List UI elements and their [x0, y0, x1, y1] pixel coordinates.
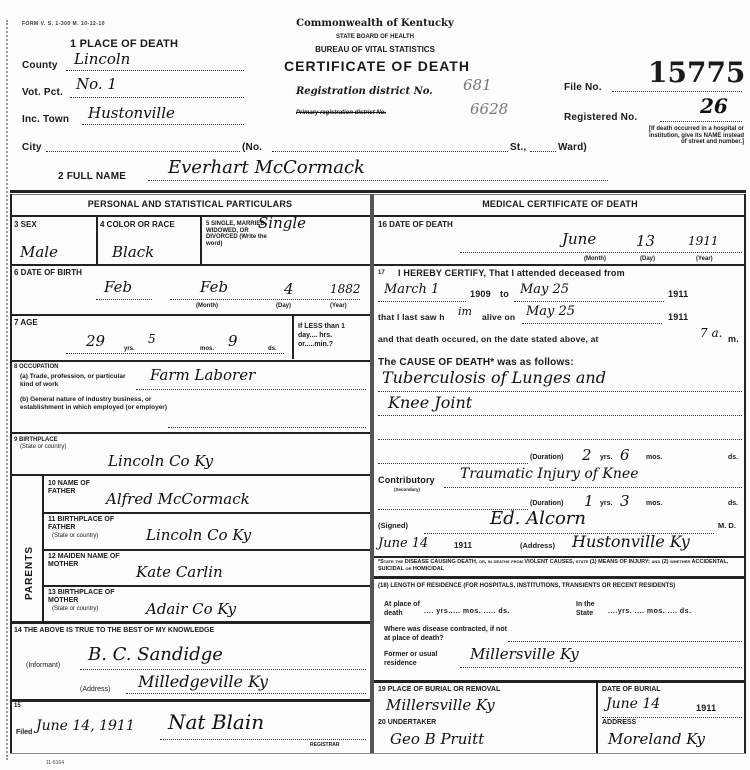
mother-birthplace-label: 13 BIRTHPLACE OF MOTHER — [48, 589, 138, 605]
rule — [374, 215, 746, 217]
age-days: 9 — [228, 332, 238, 350]
st-label: St., — [510, 142, 526, 153]
full-name-label: 2 FULL NAME — [58, 171, 126, 182]
contributory-label: Contributory — [378, 475, 435, 485]
registrar-value: Nat Blain — [168, 710, 264, 734]
scan-edge — [6, 20, 8, 760]
informant-address-value: Milledgeville Ky — [138, 672, 268, 691]
last-saw-date: May 25 — [526, 304, 575, 319]
father-name-label: 10 NAME OF FATHER — [48, 480, 108, 496]
burial-date-label: DATE OF BURIAL — [602, 687, 661, 694]
former-residence-field — [460, 664, 742, 668]
death-occurred-text: and that death occured, on the date stat… — [378, 334, 599, 344]
less-than-label: If LESS than 1 day.... hrs. or.....min.? — [298, 322, 366, 349]
cause-line2: Knee Joint — [388, 393, 472, 412]
occupation-b-label: (b) General nature of industry business,… — [20, 396, 170, 412]
header-divider — [10, 190, 746, 193]
occupation-b-field — [168, 424, 366, 428]
at-place-label: At place of death — [384, 600, 424, 618]
street-no-label: (No. — [242, 142, 262, 153]
age-ds-label: ds. — [268, 346, 277, 353]
rule — [374, 576, 746, 579]
commonwealth-label: Commonwealth of Kentucky — [280, 18, 470, 29]
attended-from-year: 1909 — [470, 289, 491, 299]
full-name-value: Everhart McCormack — [168, 157, 365, 178]
birthplace-value: Lincoln Co Ky — [108, 452, 213, 470]
certify-num: 17 — [378, 270, 385, 277]
cause-line3-field — [378, 436, 742, 440]
in-state-fields: ....yrs. .... mos. .... ds. — [608, 609, 692, 616]
death-certificate: FORM V. S. 1-300 M. 10-12-10 1 PLACE OF … — [0, 0, 750, 770]
burial-date-value: June 14 — [606, 696, 660, 712]
signed-year: 1911 — [454, 541, 472, 550]
sex-value: Male — [20, 243, 58, 261]
signed-value: Ed. Alcorn — [490, 508, 586, 529]
mother-name-label: 12 MAIDEN NAME OF MOTHER — [48, 553, 138, 569]
cause-line2-field — [378, 412, 742, 416]
attended-from-field — [378, 298, 466, 302]
board-label: STATE BOARD OF HEALTH — [280, 34, 470, 41]
hospital-note: [If death occurred in a hospital or inst… — [644, 126, 744, 146]
dod-field — [460, 249, 742, 253]
certificate-title: CERTIFICATE OF DEATH — [262, 58, 492, 74]
last-saw-text: that I last saw h — [378, 312, 445, 322]
form-number: FORM V. S. 1-300 M. 10-12-10 — [22, 21, 105, 27]
signed-address-label: (Address) — [520, 543, 555, 550]
inc-town-field: Hustonville — [82, 110, 244, 125]
in-state-label: In the State — [576, 600, 612, 618]
rule — [10, 432, 370, 434]
occupation-a-value: Farm Laborer — [150, 366, 255, 384]
occupation-a-field — [136, 386, 366, 390]
dob-year-value: 1882 — [330, 282, 361, 296]
right-border — [744, 194, 746, 754]
header-divider-thin — [10, 194, 746, 195]
medical-heading: MEDICAL CERTIFICATE OF DEATH — [376, 199, 744, 209]
father-birthplace-value: Lincoln Co Ky — [146, 526, 251, 544]
certify-text: I HEREBY CERTIFY, That I attended deceas… — [398, 268, 625, 278]
to-label: to — [500, 289, 509, 299]
contrib-mos-label: mos. — [646, 501, 662, 508]
signed-address-value: Hustonville Ky — [572, 532, 690, 551]
place-of-death-label: 1 PLACE OF DEATH — [70, 38, 178, 50]
rule — [292, 315, 294, 359]
registrar-label: REGISTRAR — [310, 742, 339, 749]
file-no-label: File No. — [564, 82, 602, 93]
burial-place-label: 19 PLACE OF BURIAL OR REMOVAL — [378, 687, 500, 694]
rule — [10, 314, 370, 316]
day-caption: (Day) — [276, 303, 291, 310]
ward-label: Ward) — [558, 142, 587, 153]
contributory-value: Traumatic Injury of Knee — [460, 466, 638, 482]
burial-date-field — [602, 714, 742, 718]
rule — [374, 264, 746, 266]
age-yrs-label: yrs. — [124, 346, 135, 353]
city-field — [46, 140, 240, 152]
registration-district-label: Registration district No. — [296, 86, 433, 97]
contrib-yrs-label: yrs. — [600, 501, 612, 508]
mother-birthplace-value: Adair Co Ky — [146, 600, 236, 618]
cause-line1-field — [378, 388, 742, 392]
birthplace-sub: (State or country) — [20, 444, 66, 451]
mother-birthplace-sub: (State or country) — [52, 606, 98, 613]
county-field: Lincoln — [66, 56, 244, 71]
personal-heading: PERSONAL AND STATISTICAL PARTICULARS — [12, 199, 368, 209]
duration-yrs-label: yrs. — [600, 455, 612, 462]
duration-ds-label: ds. — [728, 455, 738, 462]
inc-town-value: Hustonville — [88, 104, 175, 122]
true-statement: 14 THE ABOVE IS TRUE TO THE BEST OF MY K… — [14, 628, 214, 635]
last-saw-year: 1911 — [668, 312, 688, 322]
dod-year: 1911 — [688, 234, 719, 248]
city-label: City — [22, 142, 42, 153]
filed-value: June 14, 1911 — [36, 718, 135, 734]
inc-town-label: Inc. Town — [22, 114, 69, 125]
marital-value: Single — [258, 214, 306, 232]
undertaker-address-label: ADDRESS — [602, 720, 636, 727]
dod-year-caption: (Year) — [696, 256, 713, 263]
footer-code: 11-6164 — [46, 760, 64, 767]
signed-date: June 14 — [378, 536, 428, 551]
attended-to-year: 1911 — [668, 289, 688, 299]
primary-district-label: Primary registration district No. — [296, 110, 386, 117]
age-months: 5 — [148, 332, 156, 346]
father-birthplace-label: 11 BIRTHPLACE OF FATHER — [48, 516, 138, 532]
duration-label: (Duration) — [530, 455, 563, 462]
attended-to: May 25 — [520, 282, 569, 297]
contracted-label: Where was disease contracted, if not at … — [384, 625, 514, 643]
father-name-value: Alfred McCormack — [106, 490, 250, 508]
duration-mos: 6 — [620, 446, 630, 464]
dod-day-caption: (Day) — [640, 256, 655, 263]
year-caption: (Year) — [330, 303, 347, 310]
dob-field-2 — [170, 296, 360, 300]
age-years: 29 — [86, 332, 105, 350]
mother-name-value: Kate Carlin — [136, 563, 223, 581]
attended-from: March 1 — [384, 282, 439, 297]
burial-year: 1911 — [696, 703, 716, 713]
full-name-field: Everhart McCormack — [148, 167, 608, 181]
month-caption: (Month) — [196, 303, 218, 310]
dob-month-value: Feb — [104, 278, 132, 296]
md-label: M. D. — [718, 523, 736, 530]
dob-day-value: 4 — [284, 280, 294, 298]
rule — [10, 621, 370, 624]
registration-district-value: 681 — [463, 76, 492, 94]
contrib-duration-mos: 3 — [620, 492, 630, 510]
occupation-label: 8 OCCUPATION — [14, 364, 58, 371]
rule — [374, 680, 746, 683]
father-birthplace-sub: (State or country) — [52, 533, 98, 540]
registered-no-label: Registered No. — [564, 112, 637, 123]
cause-footnote: *State the DISEASE CAUSING DEATH, or, in… — [378, 559, 740, 573]
vot-pct-field: No. 1 — [70, 83, 244, 98]
cause-label: The CAUSE OF DEATH* was as follows: — [378, 357, 574, 368]
filed-label: Filed — [16, 730, 32, 737]
undertaker-address-value: Moreland Ky — [608, 730, 705, 748]
dob-label: 6 DATE OF BIRTH — [14, 269, 82, 277]
rule — [42, 549, 370, 551]
birthplace-label: 9 BIRTHPLACE — [14, 437, 58, 444]
contributory-sub: (Secondary) — [394, 487, 420, 494]
informant-address-label: (Address) — [80, 687, 110, 694]
dod-month-caption: (Month) — [584, 256, 606, 263]
race-value: Black — [112, 243, 154, 261]
rule — [42, 512, 370, 514]
file-no-value: 15775 — [648, 56, 745, 89]
informant-field — [80, 666, 366, 670]
former-residence-label: Former or usual residence — [384, 650, 454, 668]
registrar-field — [160, 736, 366, 740]
undertaker-value: Geo B Pruitt — [390, 730, 484, 748]
vot-pct-value: No. 1 — [76, 75, 117, 93]
occupation-a-label: (a) Trade, profession, or particular kin… — [20, 373, 140, 389]
burial-place-value: Millersville Ky — [386, 696, 495, 714]
undertaker-label: 20 UNDERTAKER — [378, 720, 436, 727]
rule — [10, 753, 746, 754]
informant-label: (Informant) — [26, 663, 60, 670]
former-residence-value: Millersville Ky — [470, 645, 579, 663]
dod-label: 16 DATE OF DEATH — [378, 221, 453, 229]
rule — [596, 683, 598, 753]
last-saw-field — [522, 320, 662, 324]
parents-label: PARENTS — [24, 510, 35, 600]
file-no-field: 15775 — [612, 78, 742, 92]
rule — [10, 699, 370, 702]
age-label: 7 AGE — [14, 319, 38, 327]
rule — [42, 585, 370, 587]
contributory-field — [444, 484, 742, 488]
at-place-fields: .... yrs..... mos. ..... ds. — [424, 609, 510, 616]
contrib-ds-label: ds. — [728, 501, 738, 508]
duration-yrs: 2 — [582, 446, 592, 464]
residence-label: (18) LENGTH OF RESIDENCE (FOR HOSPITALS,… — [378, 583, 742, 590]
sex-label: 3 SEX — [14, 221, 37, 229]
rule — [10, 360, 370, 362]
signed-label: (Signed) — [378, 523, 408, 530]
county-value: Lincoln — [74, 50, 130, 68]
registered-no-value: 26 — [700, 94, 728, 118]
age-field — [66, 350, 284, 354]
rule — [10, 215, 370, 217]
cause-line1: Tuberculosis of Lunges and — [382, 368, 606, 387]
rule — [374, 556, 746, 558]
race-label: 4 COLOR OR RACE — [100, 221, 175, 229]
bureau-label: BUREAU OF VITAL STATISTICS — [280, 46, 470, 54]
contrib-duration-label: (Duration) — [530, 501, 563, 508]
rule — [10, 474, 370, 476]
attended-to-field — [514, 298, 664, 302]
filed-num: 15 — [14, 703, 21, 710]
rule — [200, 216, 202, 264]
rule — [96, 216, 98, 264]
column-divider — [370, 194, 374, 754]
street-field — [272, 140, 508, 152]
age-mos-label: mos. — [200, 346, 214, 353]
dob-month-repeat: Feb — [200, 278, 228, 296]
alive-on-text: alive on — [482, 312, 515, 322]
dod-month: June — [562, 230, 596, 248]
death-time: 7 a. — [700, 326, 722, 340]
ward-field — [530, 140, 556, 152]
vot-pct-label: Vot. Pct. — [22, 87, 63, 98]
informant-value: B. C. Sandidge — [88, 644, 223, 665]
death-time-suffix: m. — [728, 334, 739, 344]
duration-mos-label: mos. — [646, 455, 662, 462]
primary-district-value: 6628 — [470, 100, 508, 118]
rule — [10, 264, 370, 266]
registered-no-field: 26 — [660, 108, 742, 122]
dob-field — [96, 296, 152, 300]
county-label: County — [22, 60, 58, 71]
dod-day: 13 — [636, 232, 655, 250]
rule — [42, 475, 44, 621]
contracted-field — [508, 638, 742, 642]
last-saw-pronoun: im — [458, 305, 472, 318]
cause-line4-field — [378, 460, 528, 464]
